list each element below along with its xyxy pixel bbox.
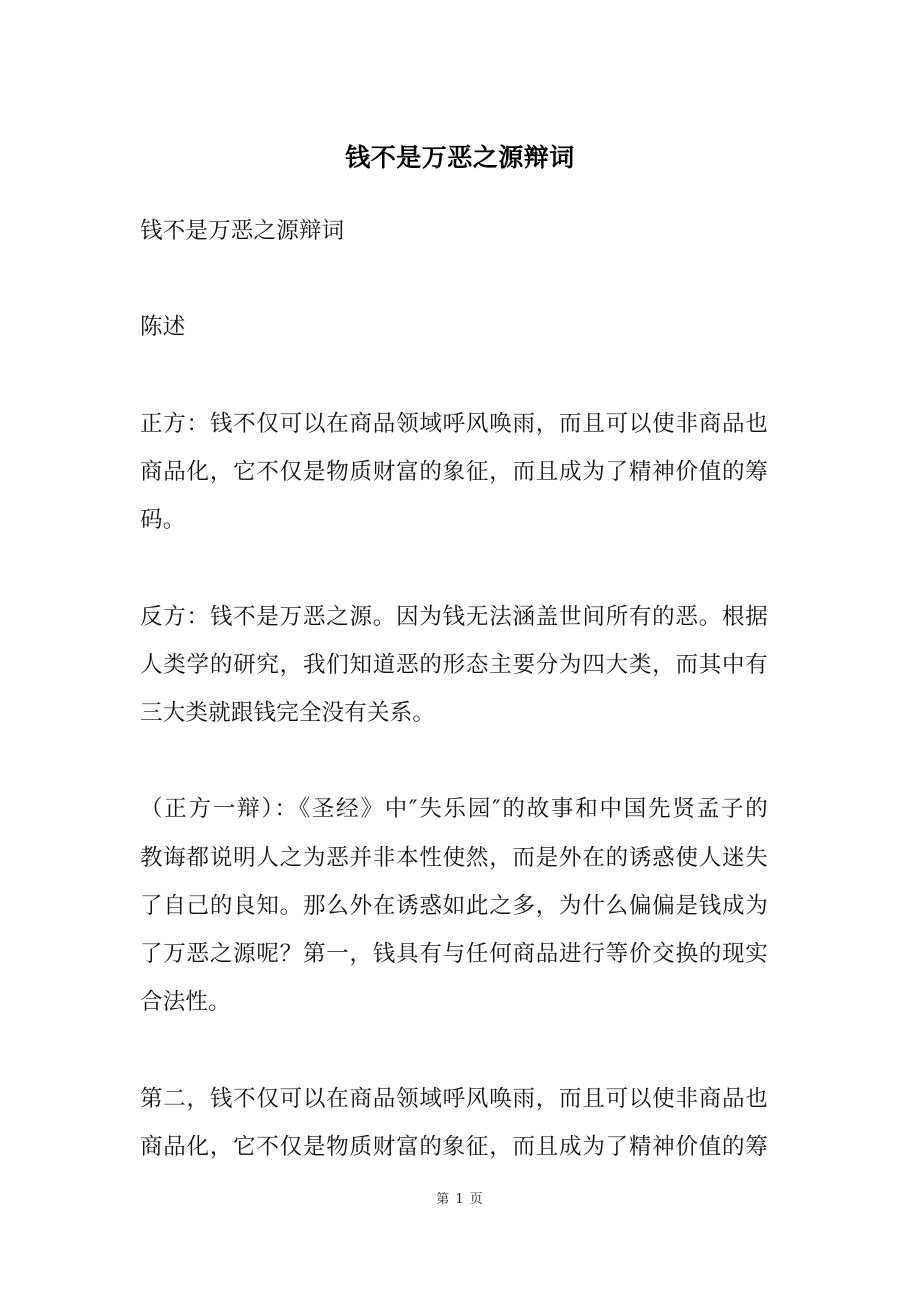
text-line: 反方：钱不是万恶之源。因为钱无法涵盖世间所有的恶。根据 xyxy=(140,593,768,641)
text-line: 商品化，它不仅是物质财富的象征，而且成为了精神价值的筹 xyxy=(140,1123,768,1171)
text-line: （正方一辩）：《圣经》中″失乐园″的故事和中国先贤孟子的 xyxy=(140,785,768,833)
paragraph-affirmative-first-speaker: （正方一辩）：《圣经》中″失乐园″的故事和中国先贤孟子的 教诲都说明人之为恶并非… xyxy=(140,785,768,1026)
text-line: 合法性。 xyxy=(140,978,768,1026)
text-line: 第二，钱不仅可以在商品领域呼风唤雨，而且可以使非商品也 xyxy=(140,1075,768,1123)
text-line: 陈述 xyxy=(140,303,768,351)
page-number: 第 1 页 xyxy=(0,1190,920,1210)
document-body: 钱不是万恶之源辩词 陈述 正方：钱不仅可以在商品领域呼风唤雨，而且可以使非商品也… xyxy=(140,207,768,1219)
paragraph-subtitle: 钱不是万恶之源辩词 xyxy=(140,207,768,255)
paragraph-negative-statement: 反方：钱不是万恶之源。因为钱无法涵盖世间所有的恶。根据 人类学的研究，我们知道恶… xyxy=(140,593,768,738)
document-page: 钱不是万恶之源辩词 钱不是万恶之源辩词 陈述 正方：钱不仅可以在商品领域呼风唤雨… xyxy=(0,0,920,1302)
paragraph-statement-heading: 陈述 xyxy=(140,303,768,351)
text-line: 钱不是万恶之源辩词 xyxy=(140,207,768,255)
text-line: 商品化，它不仅是物质财富的象征，而且成为了精神价值的筹 xyxy=(140,448,768,496)
paragraph-second-point: 第二，钱不仅可以在商品领域呼风唤雨，而且可以使非商品也 商品化，它不仅是物质财富… xyxy=(140,1075,768,1171)
paragraph-affirmative-statement: 正方：钱不仅可以在商品领域呼风唤雨，而且可以使非商品也 商品化，它不仅是物质财富… xyxy=(140,400,768,545)
document-title: 钱不是万恶之源辩词 xyxy=(0,140,920,176)
text-line: 三大类就跟钱完全没有关系。 xyxy=(140,689,768,737)
text-line: 了自己的良知。那么外在诱惑如此之多，为什么偏偏是钱成为 xyxy=(140,882,768,930)
text-line: 人类学的研究，我们知道恶的形态主要分为四大类，而其中有 xyxy=(140,641,768,689)
text-line: 码。 xyxy=(140,496,768,544)
text-line: 正方：钱不仅可以在商品领域呼风唤雨，而且可以使非商品也 xyxy=(140,400,768,448)
text-line: 教诲都说明人之为恶并非本性使然，而是外在的诱惑使人迷失 xyxy=(140,834,768,882)
text-line: 了万恶之源呢？第一，钱具有与任何商品进行等价交换的现实 xyxy=(140,930,768,978)
